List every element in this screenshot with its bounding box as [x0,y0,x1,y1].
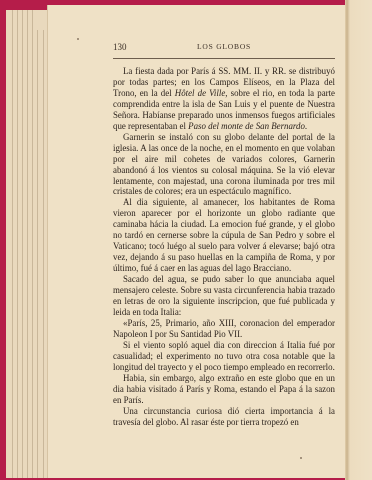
page-edge-line [37,30,38,478]
paragraph: «París, 25, Primario, año XIII, coronaci… [113,318,335,340]
paragraph: La fiesta dada por París á SS. MM. II. y… [113,66,335,132]
text-run: Si el viento sopló aquel dia con direcci… [113,340,335,372]
page-edge-line [32,10,33,478]
italic-text: Paso del monte de San Bernardo [188,121,305,131]
page-edge-line [27,10,28,478]
page-header: 130 LOS GLOBOS [113,42,335,56]
page-edge-line [22,10,23,478]
body-text: La fiesta dada por París á SS. MM. II. y… [113,66,335,427]
paragraph: Una circunstancia curiosa dió cierta imp… [113,406,335,428]
text-run: Al dia siguiente, al amanecer, los habit… [113,197,335,273]
text-run: Garnerin se instaló con su globo delante… [113,132,335,197]
italic-text: Hôtel de Ville [175,88,225,98]
text-run: Una circunstancia curiosa dió cierta imp… [113,406,335,427]
text-run: «París, 25, Primario, año XIII, coronaci… [113,318,335,339]
header-rule [113,58,335,59]
text-run: Habia, sin embargo, algo extraño en este… [113,373,335,405]
paragraph: Habia, sin embargo, algo extraño en este… [113,373,335,406]
paragraph: Garnerin se instaló con su globo delante… [113,132,335,198]
paper-speck [77,38,79,40]
page-edge-line [17,10,18,478]
paragraph: Si el viento sopló aquel dia con direcci… [113,340,335,373]
paragraph: Al dia siguiente, al amanecer, los habit… [113,197,335,274]
paragraph: Sacado del agua, se pudo saber lo que an… [113,274,335,318]
paper-speck [300,457,302,459]
text-run: . [305,121,307,131]
page-edge-line [43,30,44,478]
page-edge-line [12,10,13,478]
book-gutter [345,0,372,480]
running-title: LOS GLOBOS [113,42,335,51]
text-run: Sacado del agua, se pudo saber lo que an… [113,274,335,317]
